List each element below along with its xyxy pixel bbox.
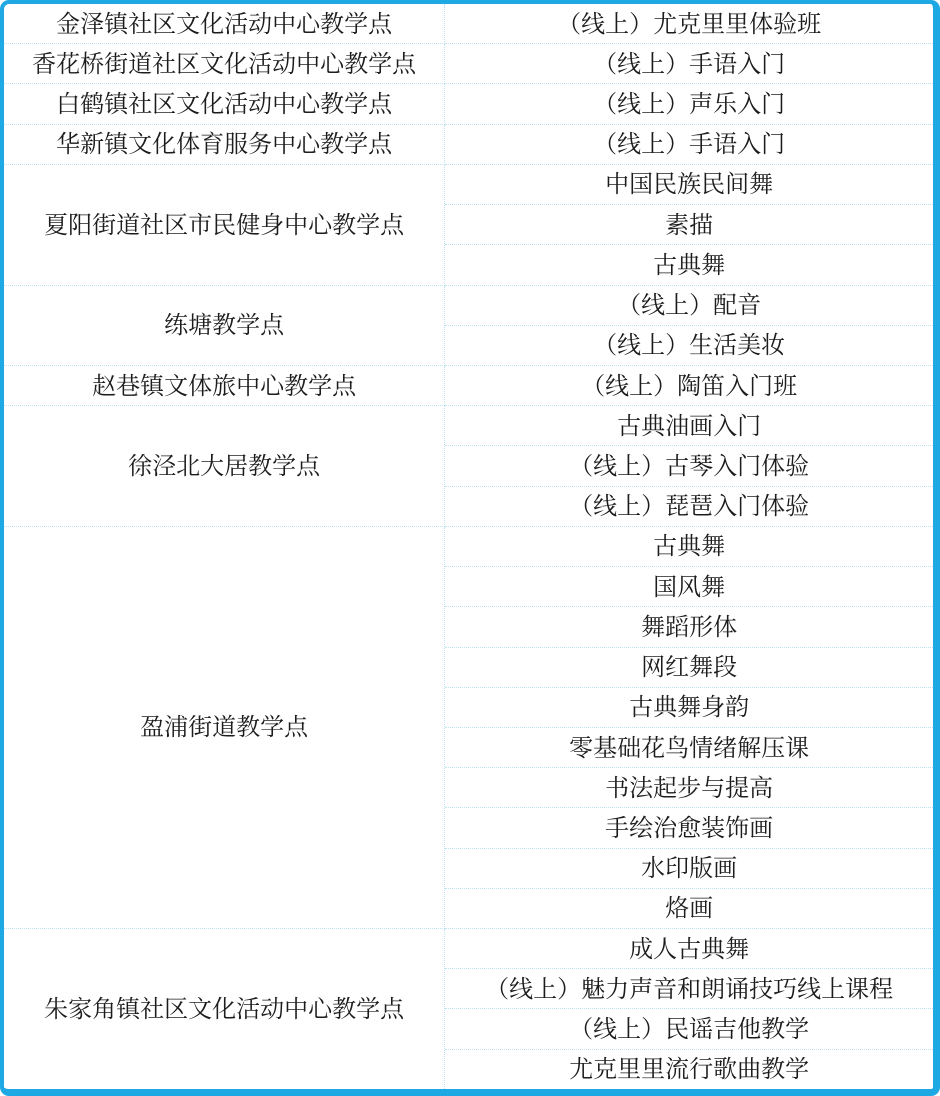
course-cell: （线上）手语入门 [445,125,933,165]
course-cell: 中国民族民间舞 [445,165,933,205]
location-cell: 金泽镇社区文化活动中心教学点 [4,4,445,44]
course-cell: 古典舞 [445,245,933,285]
table-row: 朱家角镇社区文化活动中心教学点成人古典舞 [4,929,933,969]
location-cell: 夏阳街道社区市民健身中心教学点 [4,165,445,286]
table-row: 练塘教学点（线上）配音 [4,286,933,326]
course-cell: 网红舞段 [445,648,933,688]
location-cell: 盈浦街道教学点 [4,527,445,929]
table-row: 金泽镇社区文化活动中心教学点（线上）尤克里里体验班 [4,4,933,44]
course-cell: （线上）配音 [445,286,933,326]
table-row: 华新镇文化体育服务中心教学点（线上）手语入门 [4,125,933,165]
location-cell: 练塘教学点 [4,286,445,366]
location-cell: 白鹤镇社区文化活动中心教学点 [4,84,445,124]
table-row: 盈浦街道教学点古典舞 [4,527,933,567]
location-cell: 香花桥街道社区文化活动中心教学点 [4,44,445,84]
course-cell: 尤克里里流行歌曲教学 [445,1050,933,1089]
table-row: 夏阳街道社区市民健身中心教学点中国民族民间舞 [4,165,933,205]
course-cell: （线上）声乐入门 [445,84,933,124]
course-cell: 烙画 [445,889,933,929]
course-table-body: 金泽镇社区文化活动中心教学点（线上）尤克里里体验班香花桥街道社区文化活动中心教学… [4,4,933,1089]
table-row: 白鹤镇社区文化活动中心教学点（线上）声乐入门 [4,84,933,124]
course-cell: 水印版画 [445,849,933,889]
course-cell: 书法起步与提高 [445,768,933,808]
location-cell: 赵巷镇文体旅中心教学点 [4,366,445,406]
location-cell: 朱家角镇社区文化活动中心教学点 [4,929,445,1089]
course-cell: （线上）民谣吉他教学 [445,1009,933,1049]
table-row: 徐泾北大居教学点古典油画入门 [4,406,933,446]
location-cell: 华新镇文化体育服务中心教学点 [4,125,445,165]
table-row: 赵巷镇文体旅中心教学点（线上）陶笛入门班 [4,366,933,406]
course-cell: 国风舞 [445,567,933,607]
course-cell: 成人古典舞 [445,929,933,969]
table-row: 香花桥街道社区文化活动中心教学点（线上）手语入门 [4,44,933,84]
location-cell: 徐泾北大居教学点 [4,406,445,527]
course-cell: 古典舞身韵 [445,688,933,728]
course-cell: 零基础花鸟情绪解压课 [445,728,933,768]
course-table: 金泽镇社区文化活动中心教学点（线上）尤克里里体验班香花桥街道社区文化活动中心教学… [0,0,940,1096]
course-cell: （线上）尤克里里体验班 [445,4,933,44]
course-cell: （线上）琵琶入门体验 [445,487,933,527]
course-cell: 舞蹈形体 [445,607,933,647]
course-cell: （线上）手语入门 [445,44,933,84]
course-cell: （线上）生活美妆 [445,326,933,366]
course-cell: 素描 [445,205,933,245]
course-cell: 古典舞 [445,527,933,567]
course-cell: 古典油画入门 [445,406,933,446]
course-cell: （线上）陶笛入门班 [445,366,933,406]
page: 金泽镇社区文化活动中心教学点（线上）尤克里里体验班香花桥街道社区文化活动中心教学… [0,0,940,1096]
course-cell: （线上）古琴入门体验 [445,446,933,486]
course-cell: （线上）魅力声音和朗诵技巧线上课程 [445,969,933,1009]
course-cell: 手绘治愈装饰画 [445,808,933,848]
